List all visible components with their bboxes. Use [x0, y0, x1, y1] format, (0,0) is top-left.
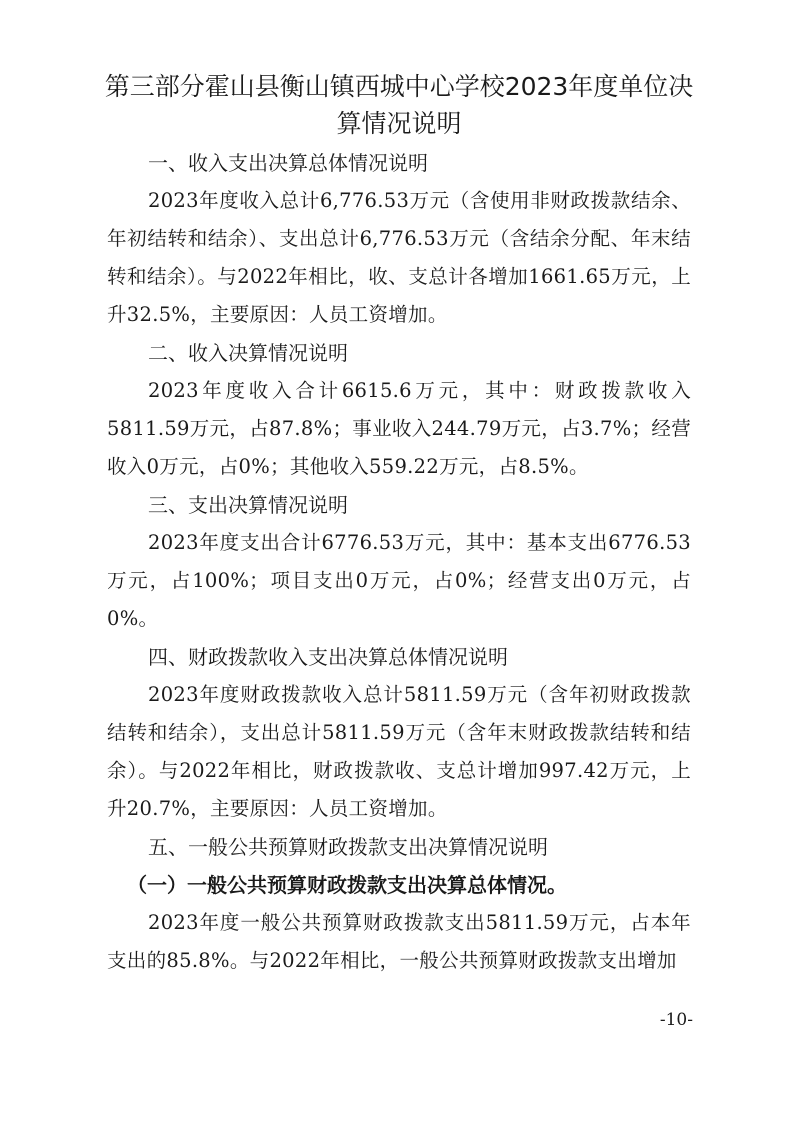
- section-heading-4: 四、财政拨款收入支出决算总体情况说明: [107, 638, 691, 676]
- section-5-paragraph: 2023年度一般公共预算财政拨款支出5811.59万元，占本年支出的85.8%。…: [107, 904, 691, 980]
- section-heading-5: 五、一般公共预算财政拨款支出决算情况说明: [107, 828, 691, 866]
- section-heading-2: 二、收入决算情况说明: [107, 334, 691, 372]
- section-heading-1: 一、收入支出决算总体情况说明: [107, 144, 691, 182]
- section-2-paragraph: 2023年度收入合计6615.6万元，其中：财政拨款收入5811.59万元，占8…: [107, 372, 691, 486]
- section-heading-3: 三、支出决算情况说明: [107, 486, 691, 524]
- section-3-paragraph: 2023年度支出合计6776.53万元，其中：基本支出6776.53万元，占10…: [107, 524, 691, 638]
- section-1-paragraph: 2023年度收入总计6,776.53万元（含使用非财政拨款结余、年初结转和结余）…: [107, 182, 691, 334]
- page-number: -10-: [660, 1010, 693, 1030]
- section-5-subheading: （一）一般公共预算财政拨款支出决算总体情况。: [107, 866, 691, 904]
- document-page: 第三部分霍山县衡山镇西城中心学校2023年度单位决算情况说明 一、收入支出决算总…: [107, 62, 691, 980]
- section-4-paragraph: 2023年度财政拨款收入总计5811.59万元（含年初财政拨款结转和结余），支出…: [107, 676, 691, 828]
- document-title: 第三部分霍山县衡山镇西城中心学校2023年度单位决算情况说明: [99, 68, 699, 142]
